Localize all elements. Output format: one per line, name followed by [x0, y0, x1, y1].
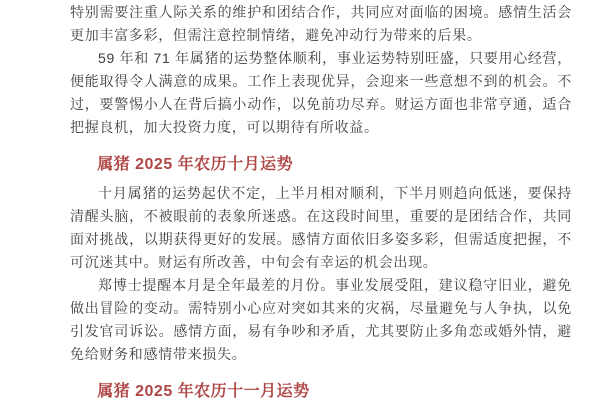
section-heading-november: 属猪 2025 年农历十一月运势 — [70, 380, 572, 400]
paragraph-october-warning: 郑博士提醒本月是全年最差的月份。事业发展受阻，建议稳守旧业，避免做出冒险的变动。… — [70, 274, 572, 366]
section-heading-october: 属猪 2025 年农历十月运势 — [70, 153, 572, 176]
document-page: 特别需要注重人际关系的维护和团结合作，共同应对面临的困境。感情生活会更加丰富多彩… — [0, 0, 600, 400]
paragraph-continuation: 特别需要注重人际关系的维护和团结合作，共同应对面临的困境。感情生活会更加丰富多彩… — [70, 1, 572, 47]
paragraph-year-fortune: 59 年和 71 年属猪的运势整体顺利，事业运势特别旺盛，只要用心经营，便能取得… — [70, 47, 572, 139]
paragraph-october-overview: 十月属猪的运势起伏不定，上半月相对顺利，下半月则趋向低迷，要保持清醒头脑，不被眼… — [70, 182, 572, 274]
